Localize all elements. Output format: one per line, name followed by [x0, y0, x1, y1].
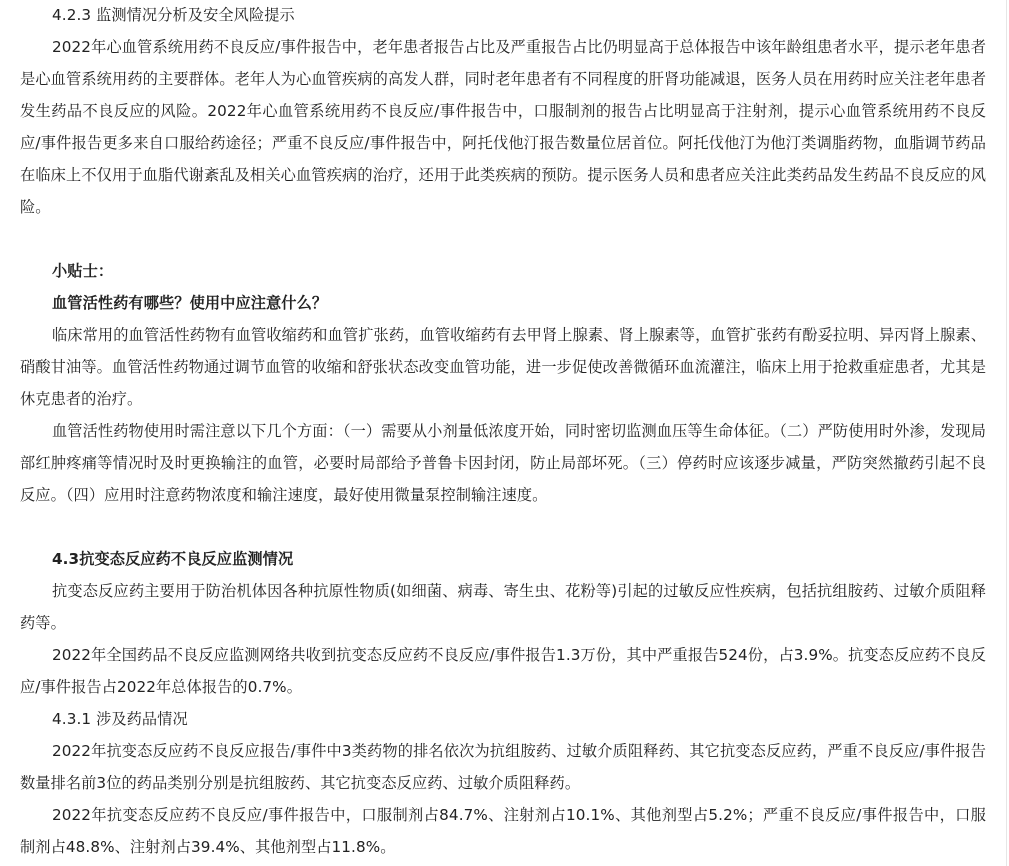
tips-paragraph-2: 血管活性药物使用时需注意以下几个方面：（一）需要从小剂量低浓度开始，同时密切监测… [20, 415, 986, 511]
tips-paragraph-1: 临床常用的血管活性药物有血管收缩药和血管扩张药，血管收缩药有去甲肾上腺素、肾上腺… [20, 319, 986, 415]
paragraph-4-3-1-ranking: 2022年抗变态反应药不良反应报告/事件中3类药物的排名依次为抗组胺药、过敏介质… [20, 735, 986, 799]
paragraph-4-3-stats: 2022年全国药品不良反应监测网络共收到抗变态反应药不良反应/事件报告1.3万份… [20, 639, 986, 703]
heading-4-3-1: 4.3.1 涉及药品情况 [20, 703, 986, 735]
spacer [20, 223, 986, 255]
tips-label: 小贴士： [20, 255, 986, 287]
heading-4-3: 4.3抗变态反应药不良反应监测情况 [20, 543, 986, 575]
paragraph-4-3-1-dosage: 2022年抗变态反应药不良反应/事件报告中，口服制剂占84.7%、注射剂占10.… [20, 799, 986, 863]
heading-4-2-3: 4.2.3 监测情况分析及安全风险提示 [20, 0, 986, 31]
spacer [20, 511, 986, 543]
paragraph-4-3-intro: 抗变态反应药主要用于防治机体因各种抗原性物质(如细菌、病毒、寄生虫、花粉等)引起… [20, 575, 986, 639]
paragraph-4-2-3: 2022年心血管系统用药不良反应/事件报告中，老年患者报告占比及严重报告占比仍明… [20, 31, 986, 223]
tips-question: 血管活性药有哪些？使用中应注意什么？ [20, 287, 986, 319]
document-page: 4.2.3 监测情况分析及安全风险提示 2022年心血管系统用药不良反应/事件报… [0, 0, 1007, 866]
article-body: 4.2.3 监测情况分析及安全风险提示 2022年心血管系统用药不良反应/事件报… [20, 0, 986, 863]
